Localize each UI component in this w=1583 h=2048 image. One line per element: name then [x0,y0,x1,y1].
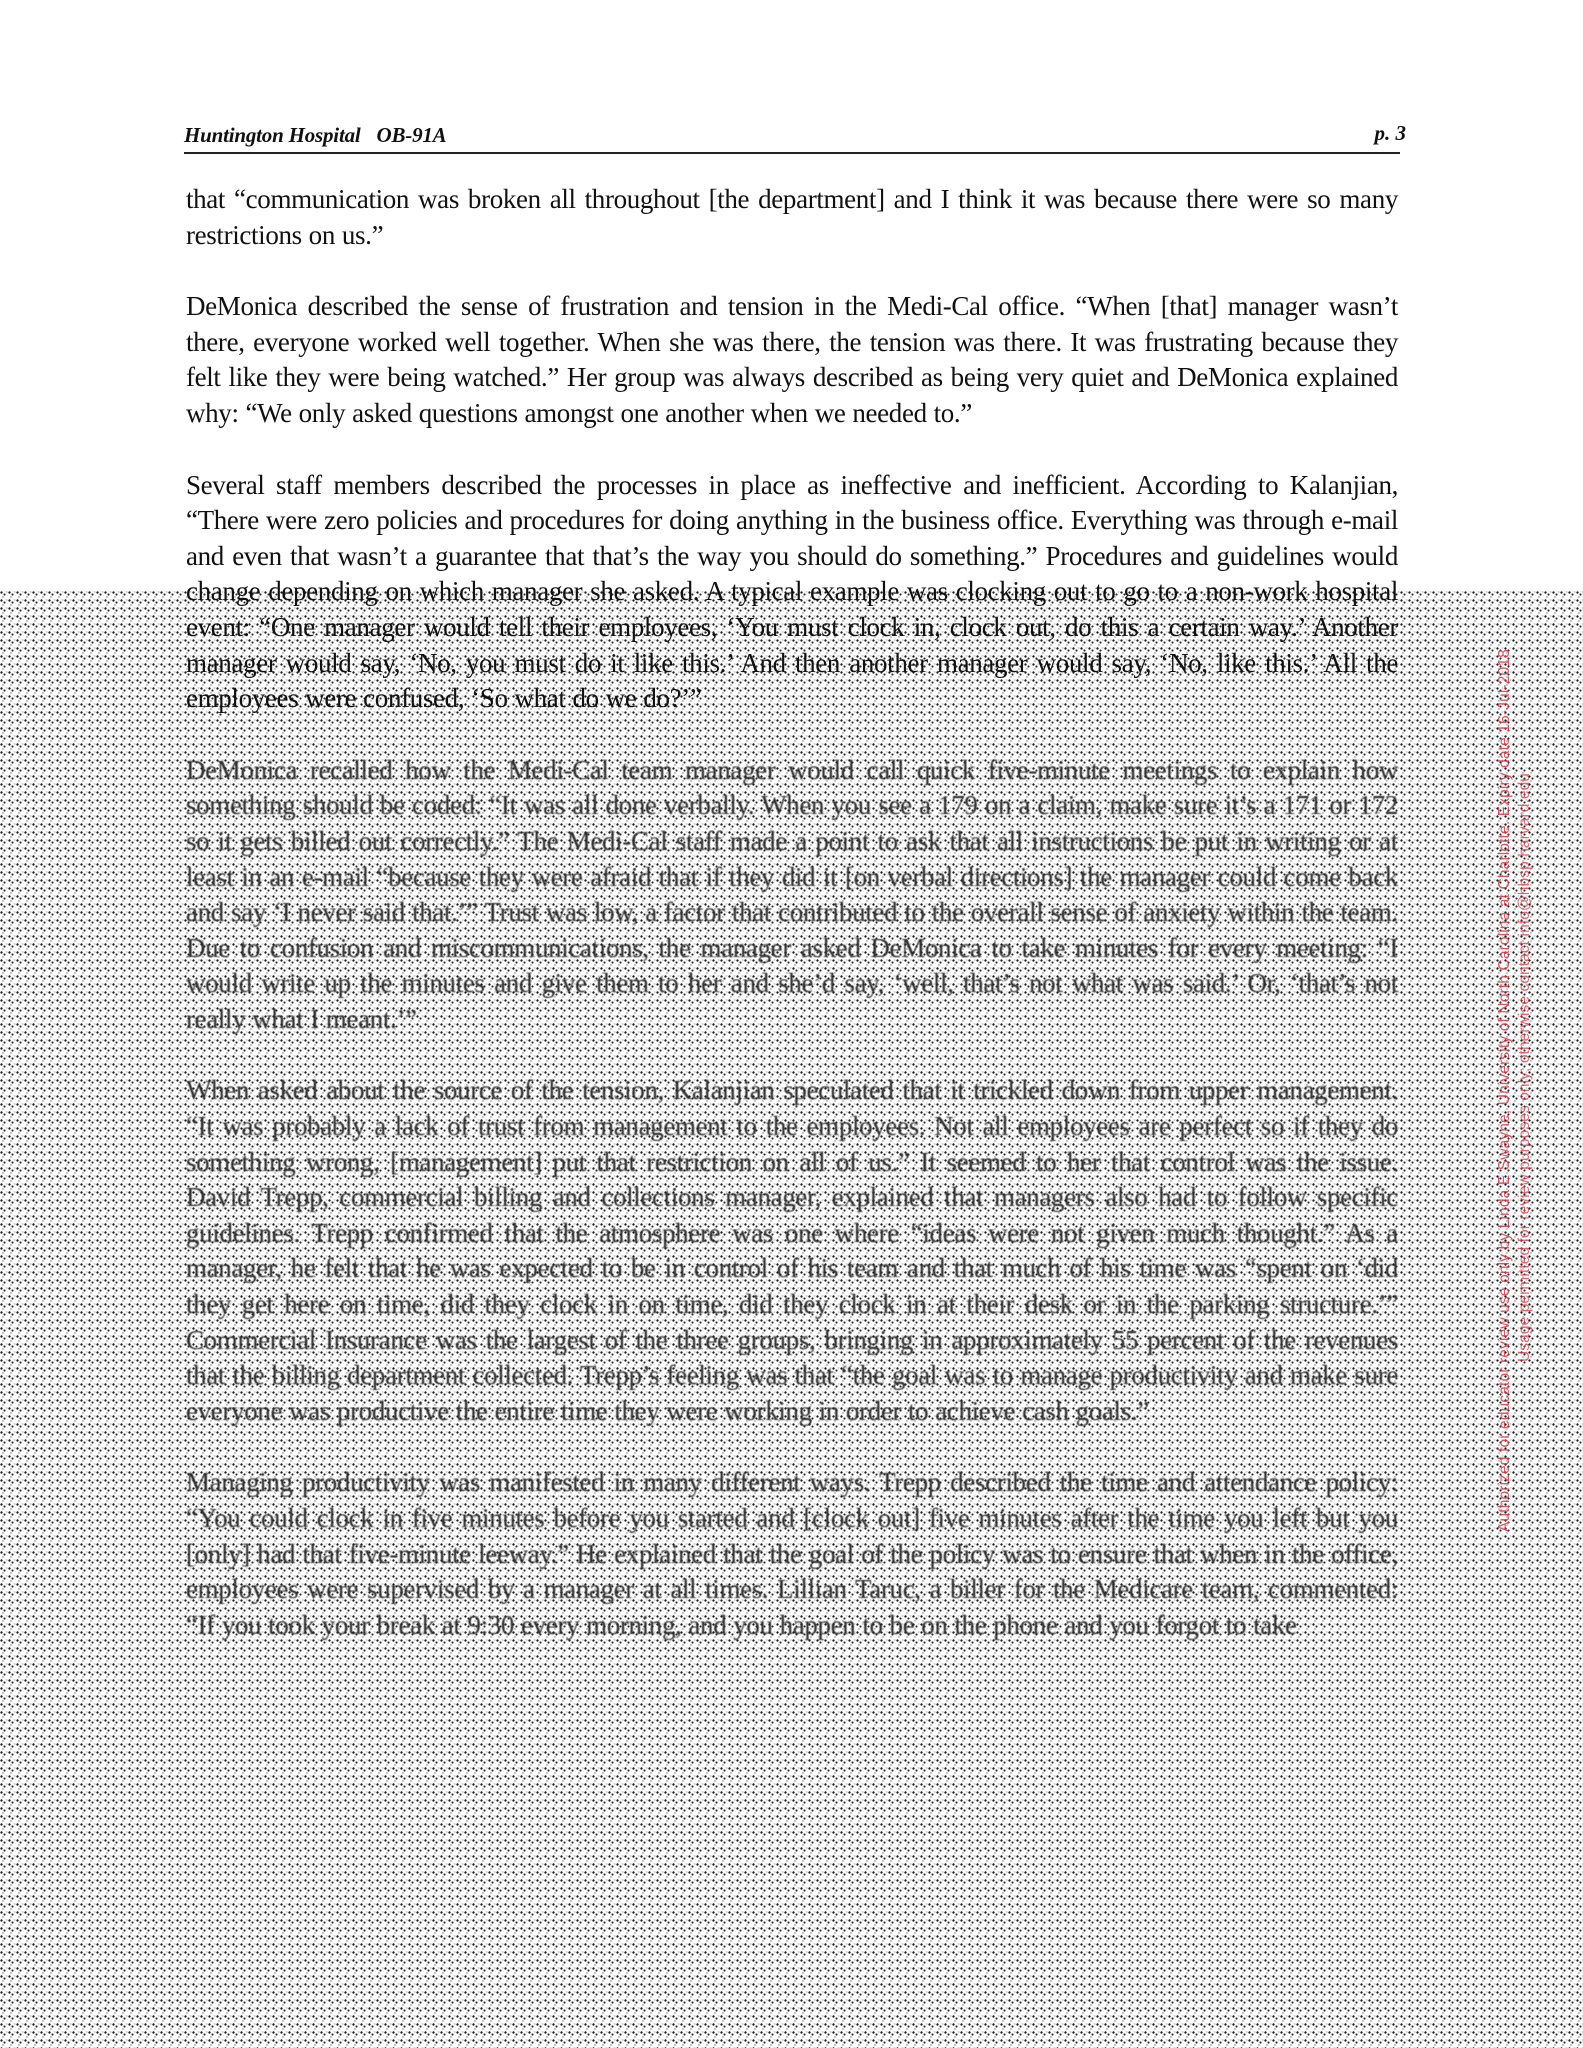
body-text: that “communication was broken all throu… [186,182,1398,1679]
header-title-group: Huntington HospitalOB-91A [184,123,447,148]
paragraph-2: DeMonica described the sense of frustrat… [186,289,1398,431]
page-number: p. 3 [1375,121,1407,146]
paragraph-3: Several staff members described the proc… [186,468,1398,717]
header-title: Huntington Hospital [184,123,361,147]
header-doc-id: OB-91A [377,123,447,147]
paragraph-6: Managing productivity was manifested in … [186,1465,1398,1643]
document-page: Huntington HospitalOB-91A p. 3 that “com… [0,0,1583,2048]
license-watermark-line-1: Authorized for educator review use only … [1496,649,1514,1532]
running-header: Huntington HospitalOB-91A p. 3 [184,118,1400,154]
license-watermark-line-2: Usage permitted for review purposes only… [1516,773,1534,1362]
paragraph-4: DeMonica recalled how the Medi-Cal team … [186,753,1398,1038]
paragraph-1: that “communication was broken all throu… [186,182,1398,253]
paragraph-5: When asked about the source of the tensi… [186,1073,1398,1429]
